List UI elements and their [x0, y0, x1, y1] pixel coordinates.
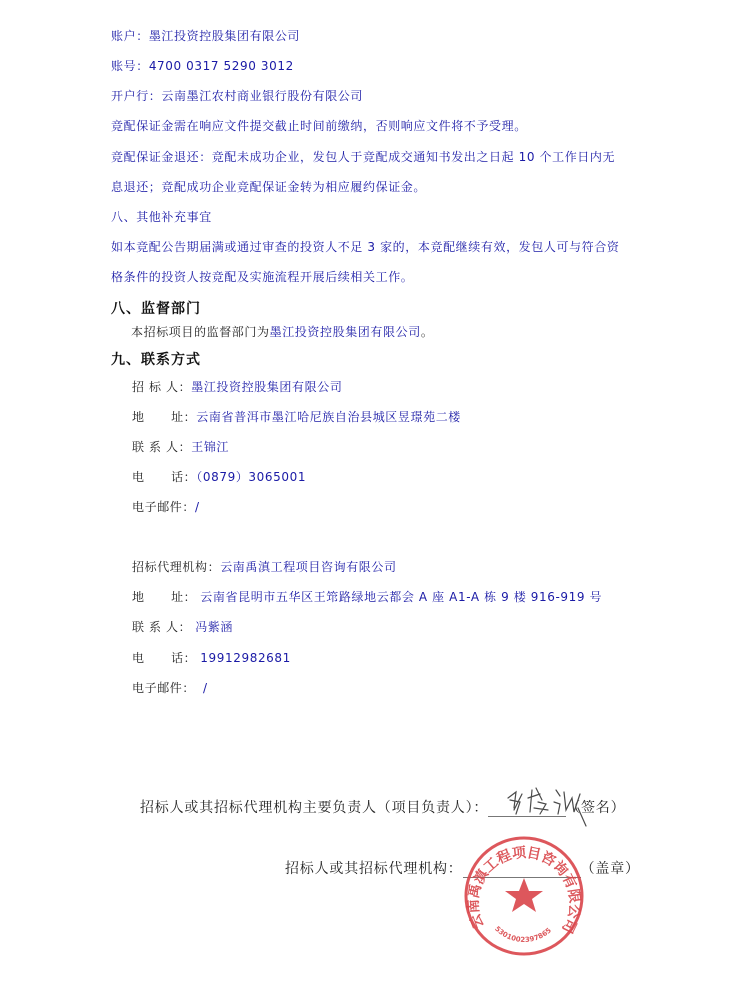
stamp-number-text: 5301002397865	[493, 925, 553, 944]
supplement-line2: 格条件的投资人按竞配及实施流程开展后续相关工作。	[111, 270, 413, 284]
account-holder-value: 墨江投资控股集团有限公司	[149, 29, 300, 43]
supervision-suffix: 。	[421, 325, 434, 339]
supplement-heading: 八、其他补充事宜	[111, 210, 212, 224]
handwritten-signature	[502, 780, 592, 828]
tenderer-phone-label: 电 话：	[132, 470, 196, 484]
supervision-prefix: 本招标项目的监督部门为	[131, 325, 270, 339]
bank-value: 云南墨江农村商业银行股份有限公司	[161, 89, 363, 103]
agency-email-label: 电子邮件：	[132, 681, 195, 695]
seal-suffix: （盖章）	[581, 861, 640, 877]
agency-address-label: 地 址：	[132, 590, 196, 604]
tenderer-email-label: 电子邮件：	[132, 500, 195, 514]
responsible-label: 招标人或其招标代理机构主要负责人（项目负责人）：	[140, 800, 488, 816]
tenderer-contact-label: 联 系 人：	[132, 440, 191, 454]
contact-heading: 九、联系方式	[111, 349, 201, 369]
tenderer-contact-value: 王锦江	[191, 440, 229, 454]
deposit-refund-line1: 竞配保证金退还：竞配未成功企业，发包人于竞配成交通知书发出之日起 10 个工作日…	[111, 150, 615, 164]
supervision-heading: 八、监督部门	[111, 298, 201, 318]
deposit-requirement: 竞配保证金需在响应文件提交截止时间前缴纳，否则响应文件将不予受理。	[111, 119, 527, 133]
agency-phone-label: 电 话：	[132, 651, 196, 665]
account-number-line: 账号：4700 0317 5290 3012	[111, 59, 294, 73]
star-icon	[505, 878, 543, 912]
bank-label: 开户行：	[111, 89, 161, 103]
account-holder-label: 账户：	[111, 29, 149, 43]
agency-contact-value: 冯紫涵	[195, 620, 233, 634]
agency-name-line: 招标代理机构：云南禹滇工程项目咨询有限公司	[132, 560, 397, 574]
agency-name-value: 云南禹滇工程项目咨询有限公司	[220, 560, 396, 574]
bank-line: 开户行：云南墨江农村商业银行股份有限公司	[111, 89, 363, 103]
supplement-line1: 如本竞配公告期届满或通过审查的投资人不足 3 家的，本竞配继续有效，发包人可与符…	[111, 240, 619, 254]
account-number-label: 账号：	[111, 59, 149, 73]
company-seal-stamp: 云南禹滇工程项目咨询有限公司 5301002397865	[462, 834, 586, 958]
deposit-refund-line2: 息退还；竞配成功企业竞配保证金转为相应履约保证金。	[111, 180, 426, 194]
tenderer-name-value: 墨江投资控股集团有限公司	[191, 380, 342, 394]
tenderer-phone-line: 电 话：（0879）3065001	[132, 470, 306, 484]
org-label: 招标人或其招标代理机构：	[285, 861, 463, 877]
tenderer-phone-value: （0879）3065001	[196, 470, 306, 484]
agency-email-value: /	[203, 681, 208, 695]
tenderer-email-line: 电子邮件：/	[132, 500, 200, 514]
agency-contact-line: 联 系 人：冯紫涵	[132, 620, 233, 634]
account-holder-line: 账户：墨江投资控股集团有限公司	[111, 29, 300, 43]
supervision-org: 墨江投资控股集团有限公司	[270, 325, 421, 339]
account-number-value: 4700 0317 5290 3012	[149, 59, 294, 73]
agency-phone-line: 电 话：19912982681	[132, 651, 291, 665]
agency-phone-value: 19912982681	[200, 651, 291, 665]
tenderer-name-line: 招 标 人：墨江投资控股集团有限公司	[132, 380, 342, 394]
agency-email-line: 电子邮件：/	[132, 681, 208, 695]
agency-contact-label: 联 系 人：	[132, 620, 191, 634]
agency-address-value: 云南省昆明市五华区王筇路绿地云都会 A 座 A1-A 栋 9 楼 916-919…	[200, 590, 602, 604]
agency-address-line: 地 址：云南省昆明市五华区王筇路绿地云都会 A 座 A1-A 栋 9 楼 916…	[132, 590, 602, 604]
agency-name-label: 招标代理机构：	[132, 560, 220, 574]
tenderer-address-line: 地 址：云南省普洱市墨江哈尼族自治县城区昱璟苑二楼	[132, 410, 461, 424]
tenderer-email-value: /	[195, 500, 200, 514]
tenderer-name-label: 招 标 人：	[132, 380, 191, 394]
tenderer-contact-line: 联 系 人：王锦江	[132, 440, 229, 454]
tenderer-address-value: 云南省普洱市墨江哈尼族自治县城区昱璟苑二楼	[196, 410, 461, 424]
tenderer-address-label: 地 址：	[132, 410, 196, 424]
supervision-text: 本招标项目的监督部门为墨江投资控股集团有限公司。	[131, 325, 433, 339]
